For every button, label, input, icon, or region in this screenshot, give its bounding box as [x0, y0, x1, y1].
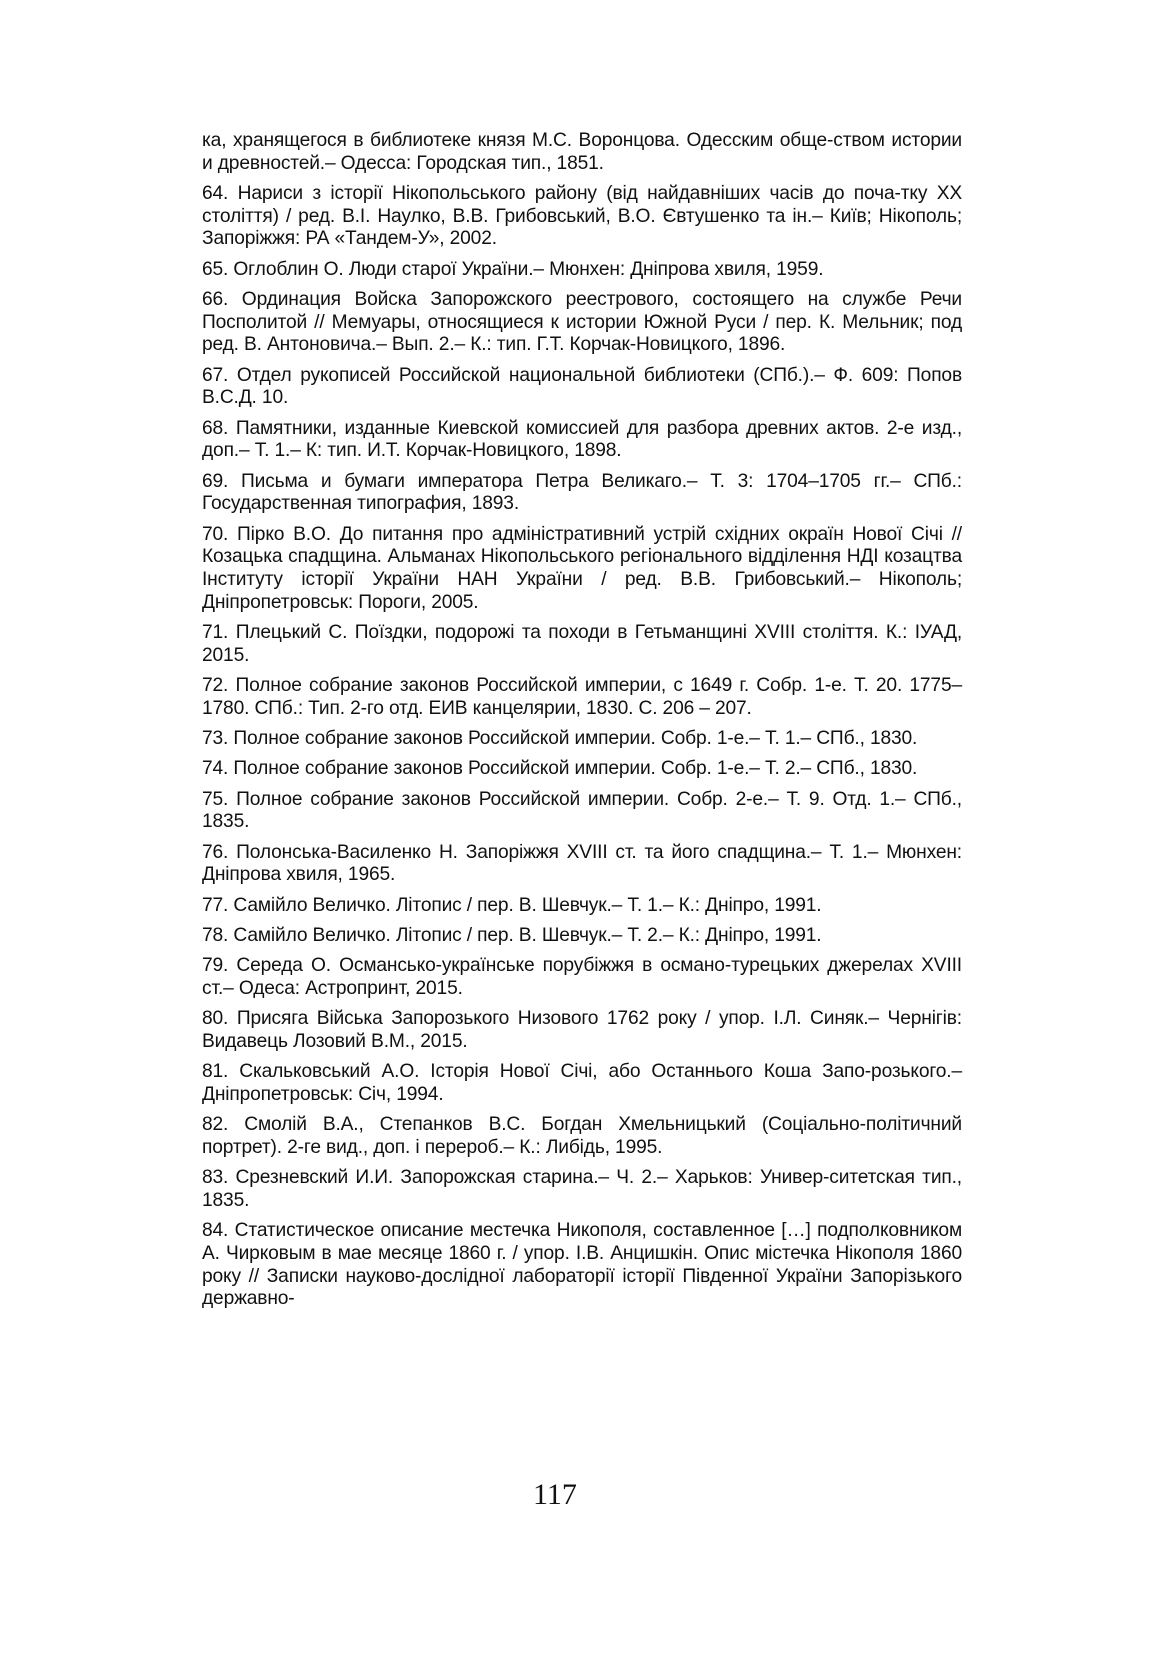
bibliography-list: ка, хранящегося в библиотеке князя М.С. … — [202, 130, 962, 1319]
document-page: ка, хранящегося в библиотеке князя М.С. … — [0, 0, 1170, 1654]
bibliography-entry: 67. Отдел рукописей Российской националь… — [202, 365, 962, 410]
bibliography-entry: 79. Середа О. Османсько-українське поруб… — [202, 955, 962, 1000]
bibliography-entry: 69. Письма и бумаги императора Петра Вел… — [202, 471, 962, 516]
bibliography-entry: 66. Ординация Войска Запорожского реестр… — [202, 289, 962, 357]
bibliography-entry: 73. Полное собрание законов Российской и… — [202, 728, 962, 751]
bibliography-entry: 83. Срезневский И.И. Запорожская старина… — [202, 1167, 962, 1212]
bibliography-entry: 80. Присяга Війська Запорозького Низовог… — [202, 1008, 962, 1053]
page-number: 117 — [0, 1478, 1110, 1512]
bibliography-entry: 65. Оглоблин О. Люди старої України.– Мю… — [202, 259, 962, 282]
bibliography-entry-continuation: ка, хранящегося в библиотеке князя М.С. … — [202, 130, 962, 175]
bibliography-entry: 78. Самійло Величко. Літопис / пер. В. Ш… — [202, 925, 962, 948]
bibliography-entry: 84. Статистическое описание местечка Ник… — [202, 1220, 962, 1311]
bibliography-entry: 81. Скальковський А.О. Історія Нової Січ… — [202, 1061, 962, 1106]
bibliography-entry: 77. Самійло Величко. Літопис / пер. В. Ш… — [202, 895, 962, 918]
bibliography-entry: 70. Пірко В.О. До питання про адміністра… — [202, 524, 962, 615]
bibliography-entry: 72. Полное собрание законов Российской и… — [202, 675, 962, 720]
bibliography-entry: 75. Полное собрание законов Российской и… — [202, 789, 962, 834]
bibliography-entry: 82. Смолій В.А., Степанков В.С. Богдан Х… — [202, 1114, 962, 1159]
bibliography-entry: 74. Полное собрание законов Российской и… — [202, 758, 962, 781]
bibliography-entry: 68. Памятники, изданные Киевской комисси… — [202, 418, 962, 463]
bibliography-entry: 64. Нариси з історії Нікопольського райо… — [202, 183, 962, 251]
bibliography-entry: 76. Полонська-Василенко Н. Запоріжжя XVI… — [202, 842, 962, 887]
bibliography-entry: 71. Плецький С. Поїздки, подорожі та пох… — [202, 622, 962, 667]
